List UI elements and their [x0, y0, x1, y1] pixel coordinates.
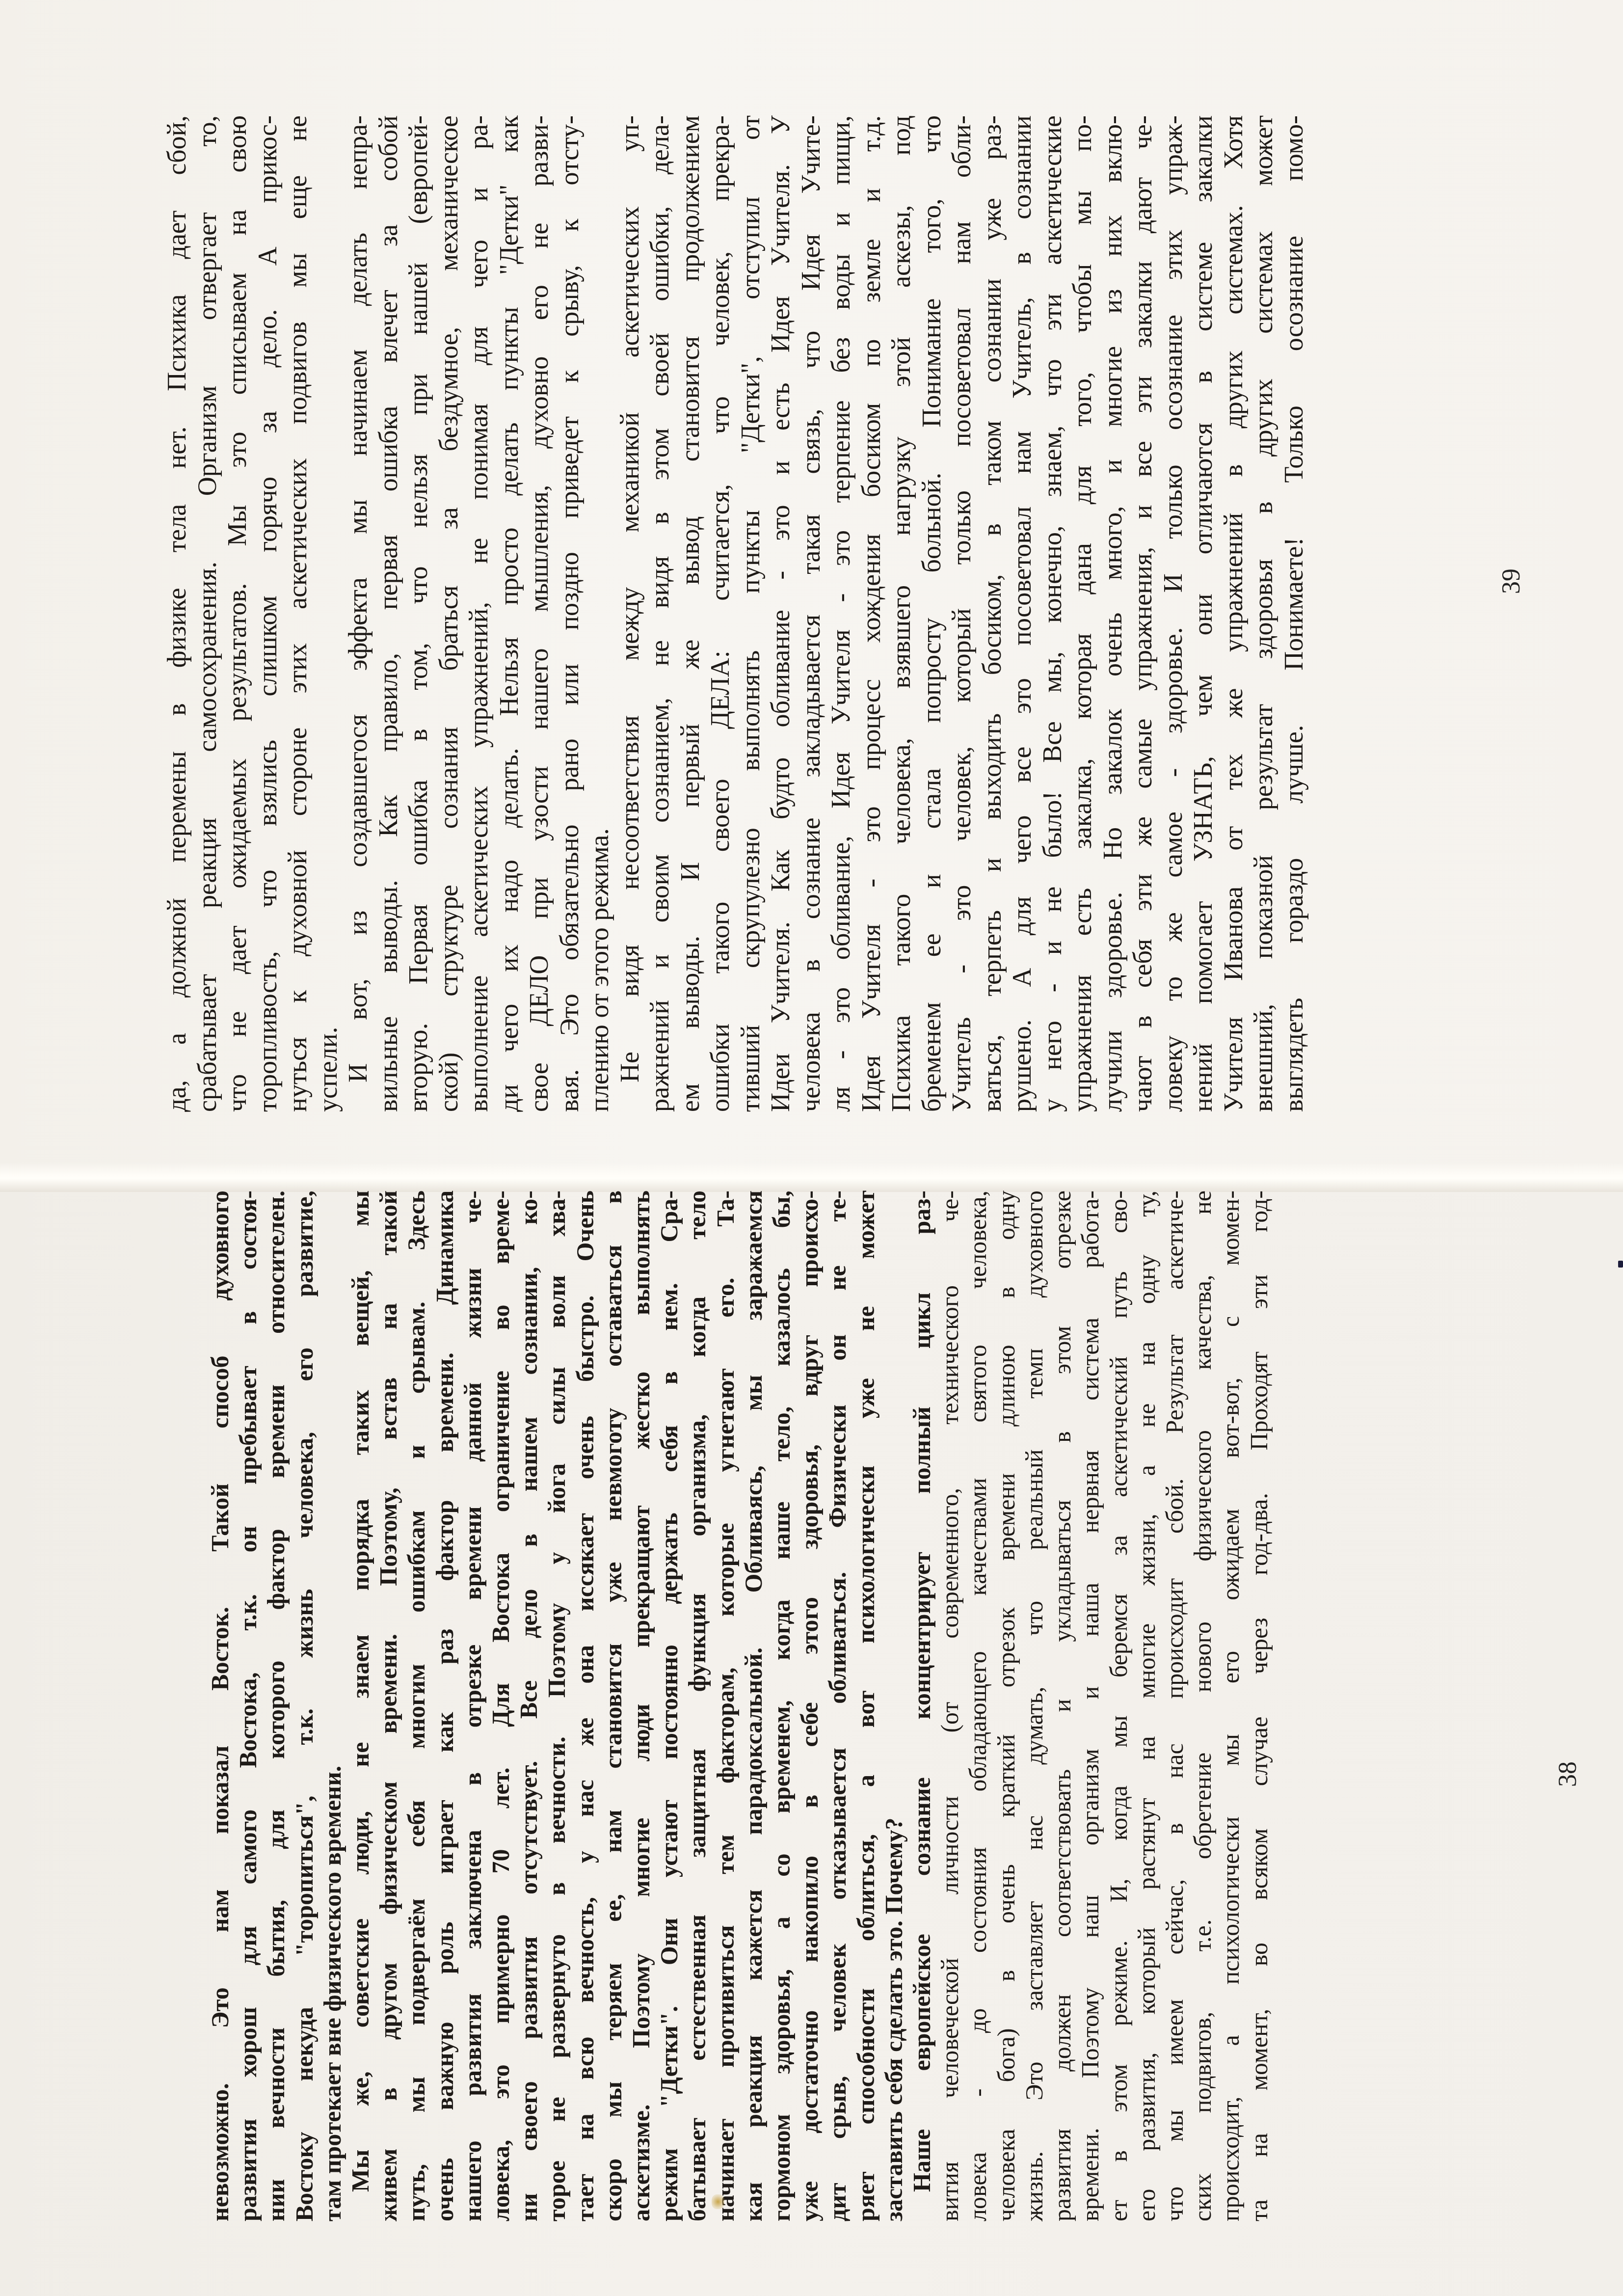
- text-line: свое ДЕЛО при узости нашего мышления, ду…: [524, 115, 555, 1112]
- text-line: рушено. А для чего все это посоветовал н…: [1007, 115, 1038, 1112]
- text-line: ловека - до состояния обладающего качест…: [964, 1190, 992, 2221]
- text-line: Психика такого человека, взявшего нагруз…: [886, 115, 917, 1112]
- text-line: Учителя Иванова от тех же упражнений в д…: [1219, 115, 1249, 1112]
- text-line: тивший скрупулезно выполнять пункты "Дет…: [736, 115, 766, 1112]
- page-number-38: 38: [1553, 1761, 1582, 1787]
- text-line: гормоном здоровья, а со временем, когда …: [768, 1190, 796, 2221]
- text-line: уже достаточно накопило в себе этого здо…: [796, 1190, 824, 2221]
- text-line: батывает естественная защитная функция о…: [683, 1190, 711, 2221]
- text-line: тает на всю вечность, у нас же она иссяк…: [571, 1190, 599, 2221]
- text-line: ловеку то же самое - здоровье. И только …: [1158, 115, 1189, 1112]
- text-line: скоро мы теряем ее, нам становится уже н…: [599, 1190, 627, 2221]
- text-line: нии вечности бытия, для которого фактор …: [262, 1190, 290, 2221]
- text-line: что не дает ожидаемых результатов. Мы эт…: [222, 115, 253, 1112]
- text-line: Востоку некуда "торопиться", т.к. жизнь …: [291, 1190, 319, 2221]
- text-line: ловека, это примерно 70 лет. Для Востока…: [487, 1190, 515, 2221]
- stain-mark: [712, 2194, 724, 2209]
- text-line: ской) структуре сознания браться за безд…: [434, 115, 464, 1112]
- text-line: человека в сознание закладывается такая …: [796, 115, 826, 1112]
- text-line: И вот, из создавшегося эффекта мы начина…: [343, 115, 373, 1112]
- text-line: у него - и не было! Все мы, конечно, зна…: [1038, 115, 1068, 1112]
- text-line: режим "Детки". Они устают постоянно держ…: [655, 1190, 683, 2221]
- text-line: кая реакция кажется парадоксальной. Обли…: [740, 1190, 768, 2221]
- text-line: выглядеть гораздо лучше. Понимаете! Толь…: [1279, 115, 1309, 1112]
- text-line: нашего развития заключена в отрезке врем…: [459, 1190, 487, 2221]
- text-line: невозможно. Это нам показал Восток. Тако…: [206, 1190, 234, 2221]
- text-line: ем выводы. И первый же вывод становится …: [675, 115, 706, 1112]
- text-line: ских подвигов, т.е. обретение нового физ…: [1189, 1190, 1217, 2221]
- text-line: ет в этом режиме. И, когда мы беремся за…: [1105, 1190, 1133, 2221]
- text-line: что мы имеем сейчас, в нас происходит сб…: [1161, 1190, 1189, 2221]
- text-line: да, а должной перемены в физике тела нет…: [162, 115, 192, 1112]
- text-line: нуться к духовной стороне этих аскетичес…: [283, 115, 313, 1112]
- page-38-text: невозможно. Это нам показал Восток. Тако…: [206, 1190, 1443, 2221]
- text-line: Не видя несоответствия между механикой а…: [615, 115, 645, 1112]
- text-line: вильные выводы. Как правило, первая ошиб…: [373, 115, 404, 1112]
- text-line: человека бога) в очень краткий отрезок в…: [992, 1190, 1020, 2221]
- text-line: развития должен соответствовать и уклады…: [1048, 1190, 1076, 2221]
- text-line: происходит, а психологически мы его ожид…: [1217, 1190, 1245, 2221]
- text-line: ражнений и своим сознанием, не видя в эт…: [645, 115, 675, 1112]
- text-line: Учитель - это человек, который только по…: [947, 115, 977, 1112]
- text-line: нений помогает УЗНАТЬ, чем они отличаютс…: [1188, 115, 1219, 1112]
- text-line: ди чего их надо делать. Нельзя просто де…: [494, 115, 525, 1112]
- text-line: путь, мы подвергаём себя многим ошибкам …: [402, 1190, 430, 2221]
- text-line: заставить себя сделать это. Почему?: [880, 1190, 908, 2221]
- text-line: успели.: [313, 115, 344, 1112]
- text-line: аскетизме. Поэтому многие люди прекращаю…: [627, 1190, 655, 2221]
- text-line: внешний, показной результат здоровья в д…: [1249, 115, 1279, 1112]
- text-line: лучили здоровье. Но закалок очень много,…: [1098, 115, 1128, 1112]
- text-line: вая. Это обязательно рано или поздно при…: [555, 115, 585, 1112]
- text-line: ни своего развития отсутствует. Все дело…: [515, 1190, 543, 2221]
- text-line: ваться, терпеть и выходить босиком, в та…: [977, 115, 1008, 1112]
- page-fold: [0, 1162, 1623, 1192]
- text-line: жизнь. Это заставляет нас думать, что ре…: [1020, 1190, 1048, 2221]
- text-line: ряет способности облиться, а вот психоло…: [852, 1190, 880, 2221]
- page-number-39: 39: [1497, 568, 1526, 594]
- text-line: вторую. Первая ошибка в том, что нельзя …: [403, 115, 434, 1112]
- text-line: торое не развернуто в вечности. Поэтому …: [543, 1190, 571, 2221]
- text-line: упражнения есть закалка, которая дана дл…: [1067, 115, 1098, 1112]
- text-line: выполнение аскетических упражнений, не п…: [464, 115, 494, 1112]
- text-line: Идеи Учителя. Как будто обливание - это …: [766, 115, 796, 1112]
- text-line: Мы же, советские люди, не знаем порядка …: [346, 1190, 374, 2221]
- page-39-text: да, а должной перемены в физике тела нет…: [162, 115, 1502, 1112]
- text-line: Наше европейское сознание концентрирует …: [908, 1190, 936, 2221]
- text-line: срабатывает реакция самосохранения. Орга…: [192, 115, 223, 1112]
- text-line: дит срыв, человек отказывается обливатьс…: [824, 1190, 851, 2221]
- text-line: живем в другом физическом времени. Поэто…: [374, 1190, 402, 2221]
- text-line: там протекает вне физического времени.: [319, 1190, 346, 2221]
- text-line: бременем ее и стала попросту больной. По…: [917, 115, 947, 1112]
- text-line: очень важную роль играет как раз фактор …: [431, 1190, 459, 2221]
- text-line: вития человеческой личности (от современ…: [936, 1190, 964, 2221]
- scan-artifact: [1618, 1261, 1623, 1268]
- text-line: ля - это обливание, Идея Учителя - это т…: [826, 115, 856, 1112]
- text-line: та на момент, во всяком случае через год…: [1245, 1190, 1273, 2221]
- text-line: плению от этого режима.: [585, 115, 615, 1112]
- text-line: Идея Учителя - это процесс хождения боси…: [856, 115, 887, 1112]
- text-line: развития хорош для самого Востока, т.к. …: [234, 1190, 262, 2221]
- text-line: начинает противиться тем факторам, котор…: [712, 1190, 740, 2221]
- text-line: чают в себя эти же самые упражнения, и в…: [1128, 115, 1158, 1112]
- text-line: ошибки такого своего ДЕЛА: считается, чт…: [705, 115, 736, 1112]
- text-line: его развития, который растянут на многие…: [1133, 1190, 1161, 2221]
- text-line: времени. Поэтому наш организм и наша нер…: [1076, 1190, 1104, 2221]
- text-line: торопливость, что взялись слишком горячо…: [253, 115, 283, 1112]
